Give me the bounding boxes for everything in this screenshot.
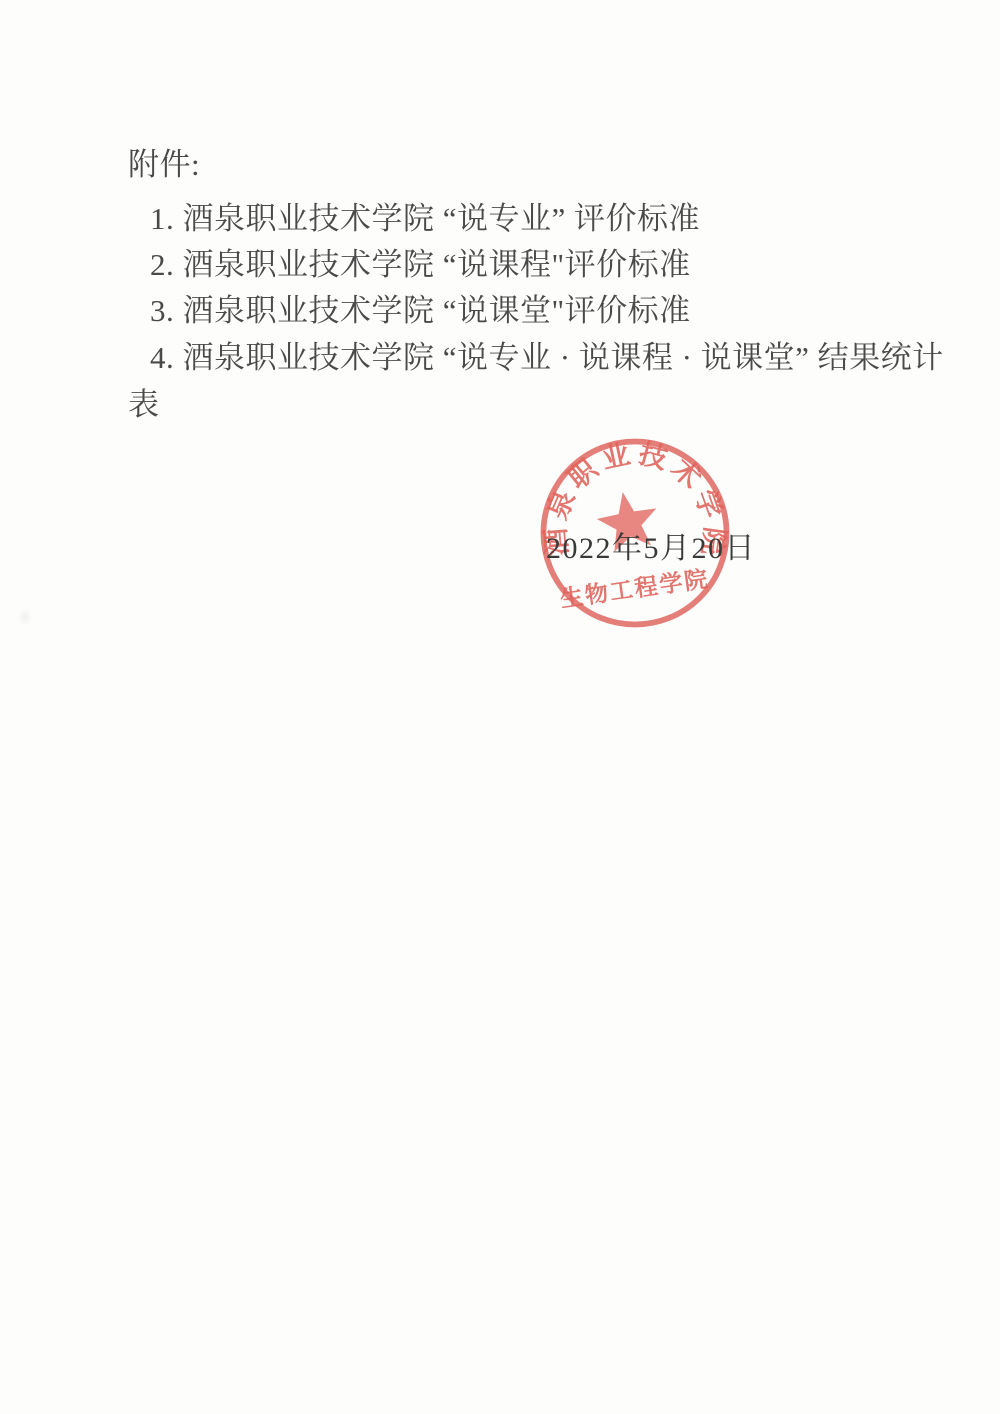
attachment-item-3: 3. 酒泉职业技术学院 “说课堂"评价标准 — [150, 292, 691, 329]
attachment-item-2: 2. 酒泉职业技术学院 “说课程"评价标准 — [150, 246, 691, 283]
attachment-item-1: 1. 酒泉职业技术学院 “说专业” 评价标准 — [150, 200, 700, 237]
attachment-label: 附件: — [128, 146, 200, 183]
attachment-item-4-continuation: 表 — [128, 386, 160, 423]
scan-artifact — [18, 608, 32, 626]
attachment-item-4: 4. 酒泉职业技术学院 “说专业 · 说课程 · 说课堂” 结果统计 — [150, 339, 944, 376]
document-page: 附件: 1. 酒泉职业技术学院 “说专业” 评价标准 2. 酒泉职业技术学院 “… — [0, 0, 1000, 1414]
date-line: 2022年5月20日 — [546, 523, 756, 567]
